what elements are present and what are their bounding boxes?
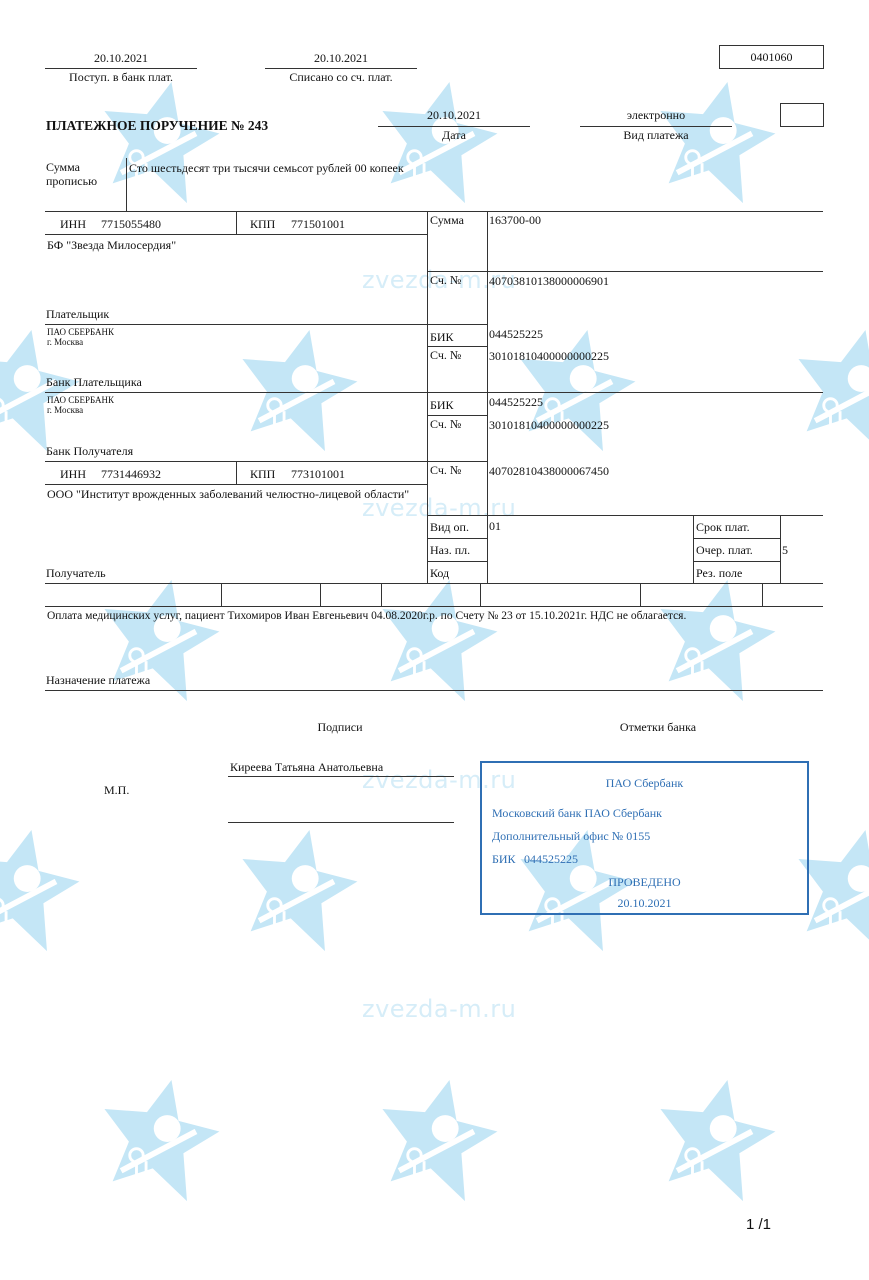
stamp-place-label: М.П. — [104, 783, 129, 797]
divider — [265, 68, 417, 69]
tax-field-divider — [640, 583, 641, 606]
payee-kpp: 773101001 — [291, 467, 345, 481]
divider — [126, 158, 127, 211]
divider — [236, 211, 237, 234]
tax-field-divider — [762, 583, 763, 606]
debited-label: Списано со сч. плат. — [265, 70, 417, 84]
payment-type-label: Вид платежа — [580, 128, 732, 142]
tax-field-divider — [221, 583, 222, 606]
signer-name: Киреева Татьяна Анатольевна — [230, 760, 383, 774]
tax-field-divider — [480, 583, 481, 606]
divider — [45, 606, 823, 607]
bank-marks-label: Отметки банка — [598, 720, 718, 734]
bank-stamp: ПАО Сбербанк Московский банк ПАО Сбербан… — [480, 761, 809, 915]
signature-line — [228, 776, 454, 777]
divider — [487, 211, 488, 583]
divider — [45, 324, 487, 325]
tax-field-divider — [320, 583, 321, 606]
op-type-label: Вид оп. — [430, 520, 469, 534]
divider — [45, 234, 427, 235]
divider — [427, 561, 487, 562]
divider — [427, 271, 823, 272]
reserve-label: Рез. поле — [696, 566, 742, 580]
payer-kpp: 771501001 — [291, 217, 345, 231]
divider — [45, 690, 823, 691]
payment-type: электронно — [580, 108, 732, 122]
op-type: 01 — [489, 519, 501, 533]
divider — [45, 392, 823, 393]
payee-account-label: Сч. № — [430, 463, 461, 477]
stamp-bik-label: БИК — [492, 852, 516, 866]
payer-name: БФ "Звезда Милосердия" — [47, 238, 176, 252]
status-box — [780, 103, 824, 127]
tax-field-divider — [381, 583, 382, 606]
amount-in-words: Сто шестьдесят три тысячи семьсот рублей… — [129, 161, 404, 175]
stamp-date: 20.10.2021 — [482, 896, 807, 910]
payer-inn-label: ИНН — [60, 217, 86, 231]
payee-kpp-label: КПП — [250, 467, 275, 481]
divider — [427, 538, 487, 539]
payee-bank-city: г. Москва — [47, 405, 83, 415]
payer-bank-account-label: Сч. № — [430, 348, 461, 362]
divider — [427, 211, 428, 583]
amount-label: Сумма — [430, 213, 464, 227]
divider — [427, 346, 487, 347]
payer-bank-bik-label: БИК — [430, 330, 454, 344]
stamp-office: Дополнительный офис № 0155 — [492, 829, 650, 843]
priority: 5 — [782, 543, 788, 557]
payer-inn: 7715055480 — [101, 217, 161, 231]
received-date: 20.10.2021 — [45, 51, 197, 65]
due-label: Срок плат. — [696, 520, 750, 534]
divider — [580, 126, 732, 127]
payment-purpose-label: Назначение платежа — [46, 673, 150, 687]
received-label: Поступ. в банк плат. — [45, 70, 197, 84]
purpose-code-label: Наз. пл. — [430, 543, 470, 557]
divider — [378, 126, 530, 127]
stamp-bank: ПАО Сбербанк — [482, 776, 807, 790]
payee-bank-label: Банк Получателя — [46, 444, 133, 458]
payer-account-label: Сч. № — [430, 273, 461, 287]
page-indicator: 1 /1 — [746, 1216, 771, 1233]
payer-bank-name: ПАО СБЕРБАНК — [47, 327, 114, 337]
code-label: Код — [430, 566, 449, 580]
amount-words-label-2: прописью — [46, 174, 97, 188]
divider — [45, 484, 427, 485]
page-title: ПЛАТЕЖНОЕ ПОРУЧЕНИЕ № 243 — [46, 119, 268, 133]
payer-account: 40703810138000006901 — [489, 274, 609, 288]
divider — [693, 561, 780, 562]
payment-purpose-text: Оплата медицинских услуг, пациент Тихоми… — [47, 609, 686, 623]
payee-inn: 7731446932 — [101, 467, 161, 481]
divider — [693, 515, 694, 583]
amount-value: 163700-00 — [489, 213, 541, 227]
payee-bank-bik-label: БИК — [430, 398, 454, 412]
form-code-box: 0401060 — [719, 45, 824, 69]
payer-bank-label: Банк Плательщика — [46, 375, 142, 389]
divider — [45, 68, 197, 69]
stamp-bik: 044525225 — [524, 852, 578, 866]
payer-bank-bik: 044525225 — [489, 327, 543, 341]
payee-bank-bik: 044525225 — [489, 395, 543, 409]
payer-bank-account: 30101810400000000225 — [489, 349, 609, 363]
payer-label: Плательщик — [46, 307, 109, 321]
divider — [780, 515, 781, 583]
payee-account: 40702810438000067450 — [489, 464, 609, 478]
divider — [427, 515, 823, 516]
divider — [45, 583, 823, 584]
payee-label: Получатель — [46, 566, 106, 580]
payee-name: ООО "Институт врожденных заболеваний чел… — [47, 487, 409, 501]
payment-order-document: 20.10.2021 Поступ. в банк плат. 20.10.20… — [0, 0, 869, 1280]
divider — [693, 538, 780, 539]
divider — [45, 211, 823, 212]
debited-date: 20.10.2021 — [265, 51, 417, 65]
payer-bank-city: г. Москва — [47, 337, 83, 347]
document-date: 20.10.2021 — [378, 108, 530, 122]
signature-line — [228, 822, 454, 823]
payer-kpp-label: КПП — [250, 217, 275, 231]
payee-bank-account-label: Сч. № — [430, 417, 461, 431]
signatures-label: Подписи — [280, 720, 400, 734]
payee-bank-name: ПАО СБЕРБАНК — [47, 395, 114, 405]
stamp-status: ПРОВЕДЕНО — [482, 875, 807, 889]
payee-inn-label: ИНН — [60, 467, 86, 481]
date-label: Дата — [378, 128, 530, 142]
stamp-branch: Московский банк ПАО Сбербанк — [492, 806, 662, 820]
divider — [45, 461, 487, 462]
amount-words-label: Сумма — [46, 160, 80, 174]
payee-bank-account: 30101810400000000225 — [489, 418, 609, 432]
divider — [236, 461, 237, 484]
divider — [427, 415, 487, 416]
priority-label: Очер. плат. — [696, 543, 753, 557]
